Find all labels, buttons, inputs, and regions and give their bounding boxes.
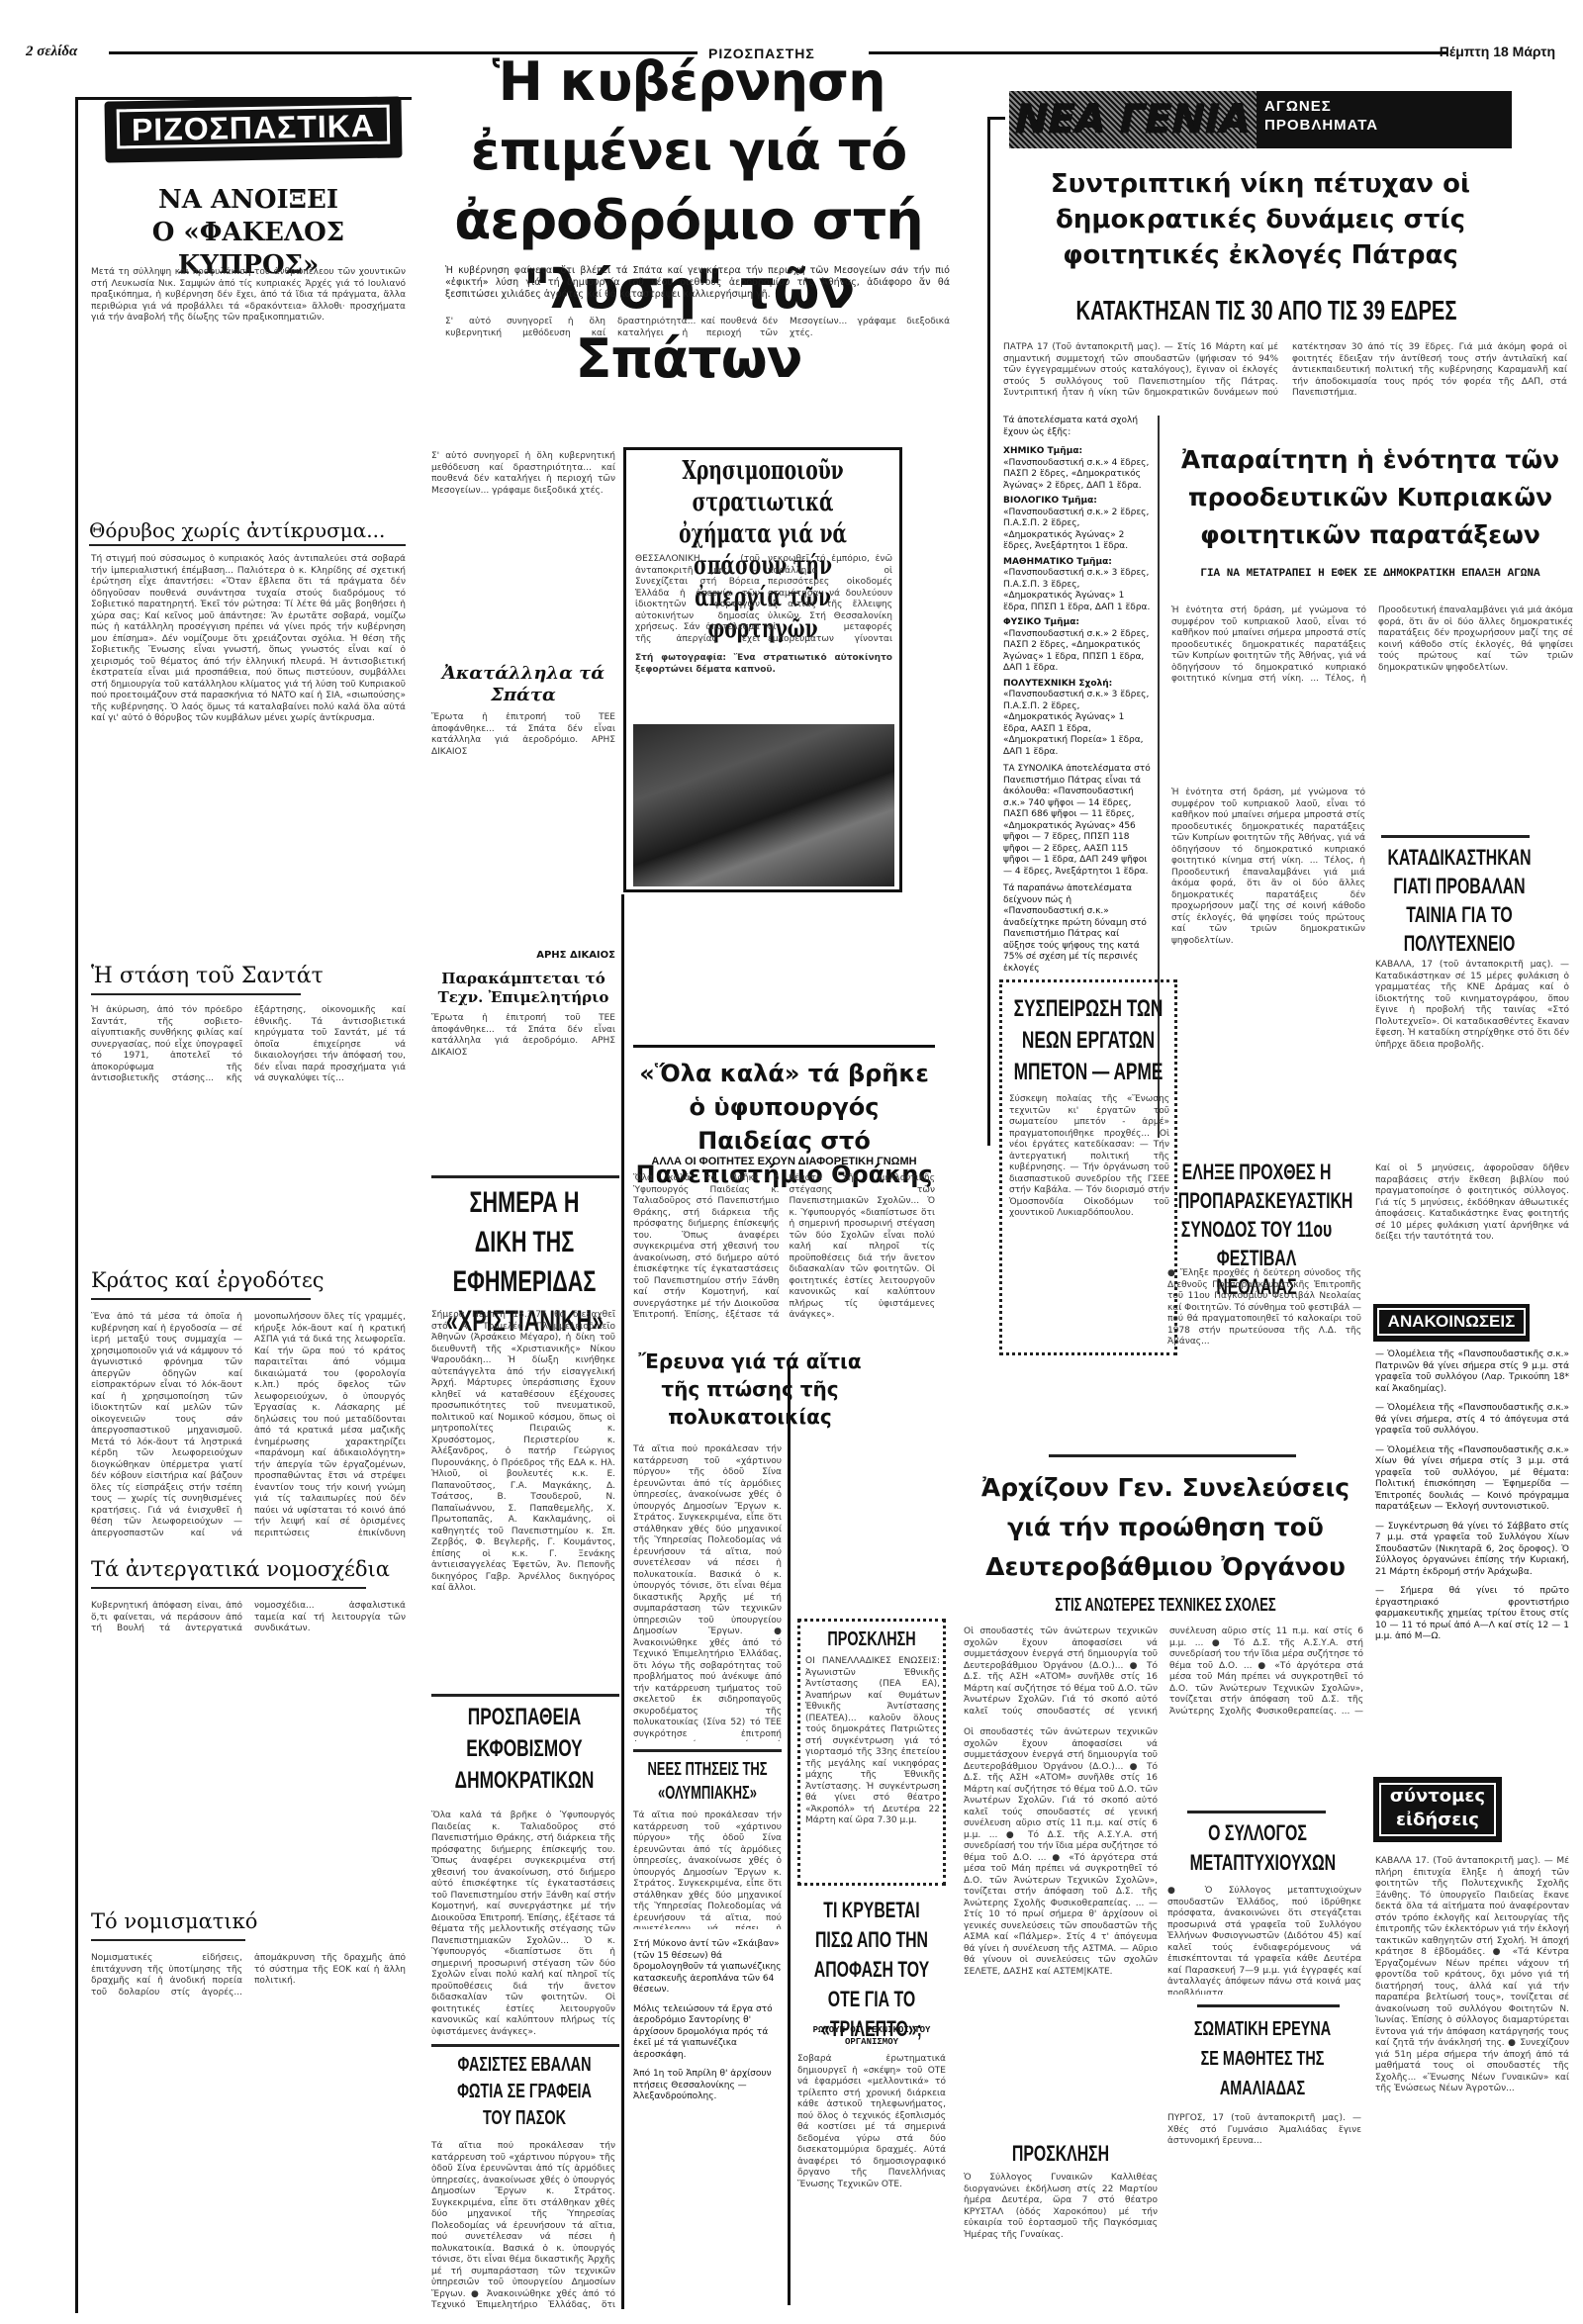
ekfov-headline: ΠΡΟΣΠΑΘΕΙΑ ΕΚΦΟΒΙΣΜΟΥ ΔΗΜΟΚΡΑΤΙΚΩΝ (446, 1702, 603, 1797)
anakoinosi-item: — Συγκέντρωση θά γίνει τό Σάββατο στίς 7… (1375, 1522, 1569, 1579)
katadik-headline: ΚΑΤΑΔΙΚΑΣΤΗΚΑΝ ΓΙΑΤΙ ΠΡΟΒΑΛΑΝ ΤΑΙΝΙΑ ΓΙΑ… (1384, 843, 1534, 958)
somatiki-headline: ΣΩΜΑΤΙΚΗ ΕΡΕΥΝΑ ΣΕ ΜΑΘΗΤΕΣ ΤΗΣ ΑΜΑΛΙΑΔΑΣ (1191, 2014, 1334, 2103)
ote-text: Σοβαρά ἐρωτηματικά δημιουργεῖ ἡ «σκέψη» … (797, 2054, 946, 2311)
kypriot-sub: ΓΙΑ ΝΑ ΜΕΤΑΤΡΑΠΕΙ Η ΕΦΕΚ ΣΕ ΔΗΜΟΚΡΑΤΙΚΗ … (1177, 566, 1563, 583)
totals: ΤΑ ΣΥΝΟΛΙΚΑ ἀποτελέσματα στό Πανεπιστήμι… (1003, 764, 1152, 878)
rizospastika-intro: Μετά τη σύλληψη και προφυλάκιση τοῦ ἀνθρ… (91, 267, 406, 511)
nea-genia-frame-line (987, 117, 990, 1146)
akatallila-text: Ἔρωτα ἡ ἐπιτροπή τοῦ ΤΕΕ ἀποφάνθηκε... τ… (431, 712, 615, 946)
olympic-intro: Τά αἴτια πού προκάλεσαν τήν κατάρρευση τ… (633, 1811, 782, 1929)
divider (1187, 1811, 1326, 1813)
result-text: «Πανσπουδαστική σ.κ.» 3 ἕδρες, Π.Α.Σ.Π. … (1003, 690, 1149, 757)
gen-syn-headline: Ἀρχίζουν Γεν. Συνελεύσεις γιά τήν προώθη… (958, 1468, 1373, 1587)
anakoinosi-item: — Ὁλομέλεια τῆς «Πανσπουδαστικῆς σ.κ.» θ… (1375, 1403, 1569, 1438)
divider (91, 1939, 245, 1941)
gen-syn-text-cont: Οἱ σπουδαστές τῶν ἀνώτερων τεχνικῶν σχολ… (964, 1727, 1158, 2133)
divider (431, 1175, 619, 1178)
somatiki-text: ΠΥΡΓΟΣ, 17 (τοῦ ἀνταποκριτῆ μας). — Χθές… (1167, 2113, 1361, 2311)
syspeirosi-headline: ΣΥΣΠΕΙΡΩΣΗ ΤΩΝ ΝΕΩΝ ΕΡΓΑΤΩΝ ΜΠΕΤΟΝ — ΑΡΜ… (1010, 993, 1166, 1088)
result-text: «Πανσπουδαστική σ.κ.» 4 ἕδρες, ΠΑΣΠ 2 ἕδ… (1003, 458, 1149, 491)
result-item: ΒΙΟΛΟΓΙΚΟ Τμῆμα: «Πανσπουδαστική σ.κ.» 2… (1003, 496, 1152, 553)
prosklisi2-headline: ΠΡΟΣΚΛΗΣΗ (990, 2141, 1130, 2167)
fasistes-headline: ΦΑΣΙΣΤΕΣ ΕΒΑΛΑΝ ΦΩΤΙΑ ΣΕ ΓΡΑΦΕΙΑ ΤΟΥ ΠΑΣ… (446, 2052, 603, 2132)
result-dept: ΠΟΛΥΤΕΧΝΙΚΗ Σχολή: (1003, 679, 1112, 689)
subhead-nomismatiko: Τό νομισματικό (91, 1909, 257, 1933)
kypriot-text-cont: Ἡ ἑνότητα στή δράση, μέ γνώμονα τό συμφέ… (1171, 788, 1365, 1134)
anakoinoseis-label: ΑΝΑΚΟΙΝΩΣΕΙΣ (1373, 1304, 1530, 1342)
spata-body-cont: Σ' αὐτό συνηγορεῖ ἡ ὅλη κυβερνητική μεθό… (431, 451, 615, 655)
festival-text: ● Ἔληξε προχθές ἡ δεύτερη σύνοδος τῆς Δι… (1167, 1268, 1361, 1363)
teee-text: Ἔρωτα ἡ ἐπιτροπή τοῦ ΤΕΕ ἀποφάνθηκε... τ… (431, 1013, 615, 1162)
divider (431, 2044, 619, 2047)
divider (1049, 1454, 1296, 1457)
nea-genia-subtitle: ΑΓΩΝΕΣ ΠΡΟΒΛΗΜΑΤΑ (1257, 91, 1512, 148)
ekfov-text: Ὅλα καλά τά βρῆκε ὁ Ὑφυπουργός Παιδείας … (431, 1811, 615, 2038)
divider (431, 1694, 619, 1697)
akatallila-head: Ἀκατάλληλα τά Σπάτα (431, 663, 615, 706)
ote-sub: ΡΩΤΟΥΝ ΟΙ ΤΕΧΝΙΚΟΙ ΤΟΥ ΟΡΓΑΝΙΣΜΟΥ (797, 2024, 946, 2048)
results-intro: Τά ἀποτελέσματα κατά σχολή ἔχουν ὡς ἑξῆς… (1003, 416, 1152, 438)
olympic-item: Μόλις τελειώσουν τά ἔργα στό ἀεροδρόμιο … (633, 2004, 782, 2062)
divider (91, 993, 301, 995)
patra-intro: ΠΑΤΡΑ 17 (Τοῦ ἀνταποκριτῆ μας). — Στίς 1… (1003, 342, 1567, 410)
prosklisi-text: ΟΙ ΠΑΝΕΛΛΑΔΙΚΕΣ ΕΝΩΣΕΙΣ: Ἀγωνιστῶν Ἐθνικ… (805, 1656, 940, 1880)
truck-photo (633, 724, 894, 886)
result-text: «Πανσπουδαστική σ.κ.» 2 ἕδρες, Π.Α.Σ.Π. … (1003, 508, 1149, 552)
kypriot-headline: Ἀπαραίτητη ἡ ἑνότητα τῶν προοδευτικῶν Κυ… (1167, 441, 1573, 554)
text-nomismatiko: Νομισματικές εἰδήσεις, ἐπιτάχυνση τῆς ὑπ… (91, 1953, 406, 2289)
patra-subhead: ΚΑΤΑΚΤΗΣΑΝ ΤΙΣ 30 ΑΠΟ ΤΙΣ 39 ΕΔΡΕΣ (1046, 295, 1487, 326)
minyseis-text: Καί οἱ 5 μηνύσεις, ἀφοροῦσαν δῆθεν παραβ… (1375, 1163, 1569, 1274)
divider (1197, 2004, 1340, 2007)
divider (1381, 835, 1530, 838)
olympic-list: Στή Μύκονο ἀντί τῶν «Σκάιβαν» (τῶν 15 θέ… (633, 1939, 782, 2103)
result-text: «Πανσπουδαστική σ.κ.» 3 ἕδρες, Π.Α.Σ.Π. … (1003, 568, 1150, 612)
subhead-antergatika: Τά ἀντεργατικά νομοσχέδια (91, 1557, 390, 1581)
column-rule (788, 1365, 791, 2305)
result-item: ΠΟΛΥΤΕΧΝΙΚΗ Σχολή: «Πανσπουδαστική σ.κ.»… (1003, 679, 1152, 759)
rizospastika-label-text: ΡΙΖΟΣΠΑΣΤΙΚΑ (117, 105, 391, 149)
fasistes-text: Τά αἴτια πού προκάλεσαν τήν κατάρρευση τ… (431, 2141, 615, 2309)
results-list: Τά ἀποτελέσματα κατά σχολή ἔχουν ὡς ἑξῆς… (1003, 416, 1152, 975)
divider (91, 1298, 311, 1300)
main-body: Σ' αὐτό συνηγορεῖ ἡ ὅλη κυβερνητική μεθό… (445, 317, 950, 443)
photo-caption: Στή φωτογραφία: Ἕνα στρατιωτικό αὐτοκίνη… (635, 653, 892, 681)
gen-syn-sub: ΣΤΙΣ ΑΝΩΤΕΡΕΣ ΤΕΧΝΙΚΕΣ ΣΧΟΛΕΣ (1016, 1595, 1315, 1616)
trucks-text: ΘΕΣΣΑΛΟΝΙΚΗ, (τοῦ ἀνταποκριτῆ μας). — Συ… (635, 554, 892, 649)
divider (91, 1587, 366, 1589)
erevna-text: Τά αἴτια πού προκάλεσαν τήν κατάρρευση τ… (633, 1444, 782, 1741)
trial-text: Σήμερα Πέμπτη 18.3.76 θά διεξαχθεῖ στό Α… (431, 1310, 615, 1686)
olympic-item: Ἀπό 1η τοῦ Ἀπρίλη θ' ἀρχίσουν πτήσεις Θε… (633, 2069, 782, 2103)
author: ΑΡΗΣ ΔΙΚΑΙΟΣ (431, 950, 615, 961)
main-lead: Ἡ κυβέρνηση φαίνεται ὅτι βλέπει τά Σπάτα… (445, 265, 950, 313)
kypriot-text: Ἡ ἑνότητα στή δράση, μέ γνώμονα τό συμφέ… (1171, 605, 1573, 782)
result-dept: ΜΑΘΗΜΑΤΙΚΟ Τμῆμα: (1003, 557, 1112, 567)
rizospastika-label: ΡΙΖΟΣΠΑΣΤΙΚΑ (104, 96, 402, 162)
anakoinoseis-list: — Ὁλομέλεια τῆς «Πανσπουδαστικῆς σ.κ.» Π… (1375, 1349, 1569, 1643)
anakoinosi-item: — Ὁλομέλεια τῆς «Πανσπουδαστικῆς σ.κ.» Π… (1375, 1349, 1569, 1395)
divider (89, 544, 406, 546)
syntomes-text: ΚΑΒΑΛΑ 17. (Τοῦ ἀνταποκριτῆ μας). — Μέ π… (1375, 1856, 1569, 2311)
subhead-kratos: Κράτος καί ἐργοδότες (91, 1268, 324, 1292)
masthead-rule-right (869, 51, 1447, 54)
text-antergatika: Κυβερνητική ἀπόφαση εἶναι, ἀπό ὅ,τι φαίν… (91, 1601, 406, 1898)
olympic-item: Στή Μύκονο ἀντί τῶν «Σκάιβαν» (τῶν 15 θέ… (633, 1939, 782, 1997)
result-item: ΜΑΘΗΜΑΤΙΚΟ Τμῆμα: «Πανσπουδαστική σ.κ.» … (1003, 557, 1152, 614)
title-line-1: ΝΑ ΑΝΟΙΞΕΙ (89, 184, 408, 217)
result-item: ΧΗΜΙΚΟ Τμῆμα: «Πανσπουδαστική σ.κ.» 4 ἕδ… (1003, 446, 1152, 492)
ola-kala-headline: «Ὅλα καλά» τά βρῆκε ὁ ὑφυπουργός Παιδεία… (633, 1057, 935, 1191)
metapt-text: ● Ὁ Σύλλογος μεταπτυχιούχων σπουδαστῶν Ἑ… (1167, 1886, 1361, 1995)
nea-genia-sub2: ΠΡΟΒΛΗΜΑΤΑ (1264, 116, 1504, 135)
prosklisi2-text: Ὁ Σύλλογος Γυναικῶν Καλλιθέας διοργανώνε… (964, 2173, 1158, 2311)
anakoinoseis-label-text: ΑΝΑΚΟΙΝΩΣΕΙΣ (1377, 1308, 1526, 1336)
syntomes-line2: εἰδήσεις (1381, 1809, 1494, 1832)
text-kratos: Ἕνα ἀπό τά μέσα τά ὁποῖα ἡ κυβέρνηση καί… (91, 1312, 406, 1547)
subhead-sadat: Ἡ στάση τοῦ Σαντάτ (91, 964, 324, 988)
syntomes-line1: σύντομες (1381, 1785, 1494, 1809)
pansp-note: Τά παραπάνω ἀποτελέσματα δείχνουν πώς ἡ … (1003, 883, 1152, 975)
anakoinosi-item: — Σήμερα θά γίνει τό πρῶτο ἐργαστηριακό … (1375, 1586, 1569, 1643)
erevna-headline: Ἔρευνα γιά τά αἴτια τῆς πτώσης τῆς πολυκ… (633, 1348, 867, 1431)
syntomes-label-text: σύντομες εἰδήσεις (1379, 1783, 1496, 1836)
anakoinosi-item: — Ὁλομέλεια τῆς «Πανσπουδαστικῆς σ.κ.» Χ… (1375, 1445, 1569, 1514)
subhead-thoryvos: Θόρυβος χωρίς ἀντίκρυσμα... (89, 518, 385, 542)
teee-head: Παρακάμπτεται τό Τεχν. Ἐπιμελητήριο (431, 970, 615, 1007)
result-dept: ΧΗΜΙΚΟ Τμῆμα: (1003, 446, 1082, 456)
text-sadat: Ἡ ἀκύρωση, ἀπό τόν πρόεδρο Σαντάτ, τῆς σ… (91, 1005, 406, 1258)
result-item: ΦΥΣΙΚΟ Τμῆμα: «Πανσπουδαστική σ.κ.» 2 ἕδ… (1003, 617, 1152, 675)
nea-genia-banner: ΝΕΑ ΓΕΝΙΑ ΑΓΩΝΕΣ ΠΡΟΒΛΗΜΑΤΑ (1009, 91, 1512, 148)
syspeirosi-text: Σύσκεψη πολαίας τῆς «Ἕνωσης τεχνιτῶν κι'… (1009, 1094, 1169, 1349)
nea-genia-sub1: ΑΓΩΝΕΣ (1264, 97, 1504, 116)
nea-genia-frame-tick (987, 117, 1005, 120)
prosklisi-headline: ΠΡΟΣΚΛΗΣΗ (818, 1628, 925, 1651)
divider (633, 1045, 935, 1048)
page-number: 2 σελίδα (26, 44, 77, 60)
olympic-headline: ΝΕΕΣ ΠΤΗΣΕΙΣ ΤΗΣ «ΟΛΥΜΠΙΑΚΗΣ» (647, 1757, 768, 1805)
result-dept: ΒΙΟΛΟΓΙΚΟ Τμῆμα: (1003, 496, 1097, 506)
ote-headline: ΤΙ ΚΡΥΒΕΤΑΙ ΠΙΣΩ ΑΠΟ ΤΗΝ ΑΠΟΦΑΣΗ ΤΟΥ ΟΤΕ… (811, 1896, 932, 2044)
ola-kala-sub: ΑΛΛΑ ΟΙ ΦΟΙΤΗΤΕΣ ΕΧΟΥΝ ΔΙΑΦΟΡΕΤΙΚΗ ΓΝΩΜΗ (633, 1156, 935, 1167)
ola-kala-text: Ὅλα καλά τά βρῆκε ὁ Ὑφυπουργός Παιδείας … (633, 1173, 935, 1342)
nea-genia-title: ΝΕΑ ΓΕΝΙΑ (1009, 91, 1257, 148)
result-text: «Πανσπουδαστική σ.κ.» 2 ἕδρες, ΠΑΣΠ 2 ἕδ… (1003, 629, 1149, 674)
divider (633, 1749, 782, 1752)
text-thoryvos: Τή στιγμή πού σύσσωμος ὁ κυπριακός λαός … (91, 554, 406, 955)
patra-headline: Συντριπτική νίκη πέτυχαν οἱ δημοκρατικές… (1009, 166, 1512, 273)
katadik-text: ΚΑΒΑΛΑ, 17 (τοῦ ἀνταποκριτῆ μας). — Κατα… (1375, 960, 1569, 1158)
syntomes-label: σύντομες εἰδήσεις (1373, 1777, 1502, 1842)
result-dept: ΦΥΣΙΚΟ Τμῆμα: (1003, 617, 1079, 627)
issue-date: Πέμπτη 18 Μάρτη (1440, 44, 1555, 59)
metapt-headline: Ο ΣΥΛΛΟΓΟΣ ΜΕΤΑΠΤΥΧΙΟΥΧΩΝ (1190, 1818, 1326, 1878)
column-rule (621, 894, 624, 2309)
gen-syn-text: Οἱ σπουδαστές τῶν ἀνώτερων τεχνικῶν σχολ… (964, 1627, 1363, 1721)
